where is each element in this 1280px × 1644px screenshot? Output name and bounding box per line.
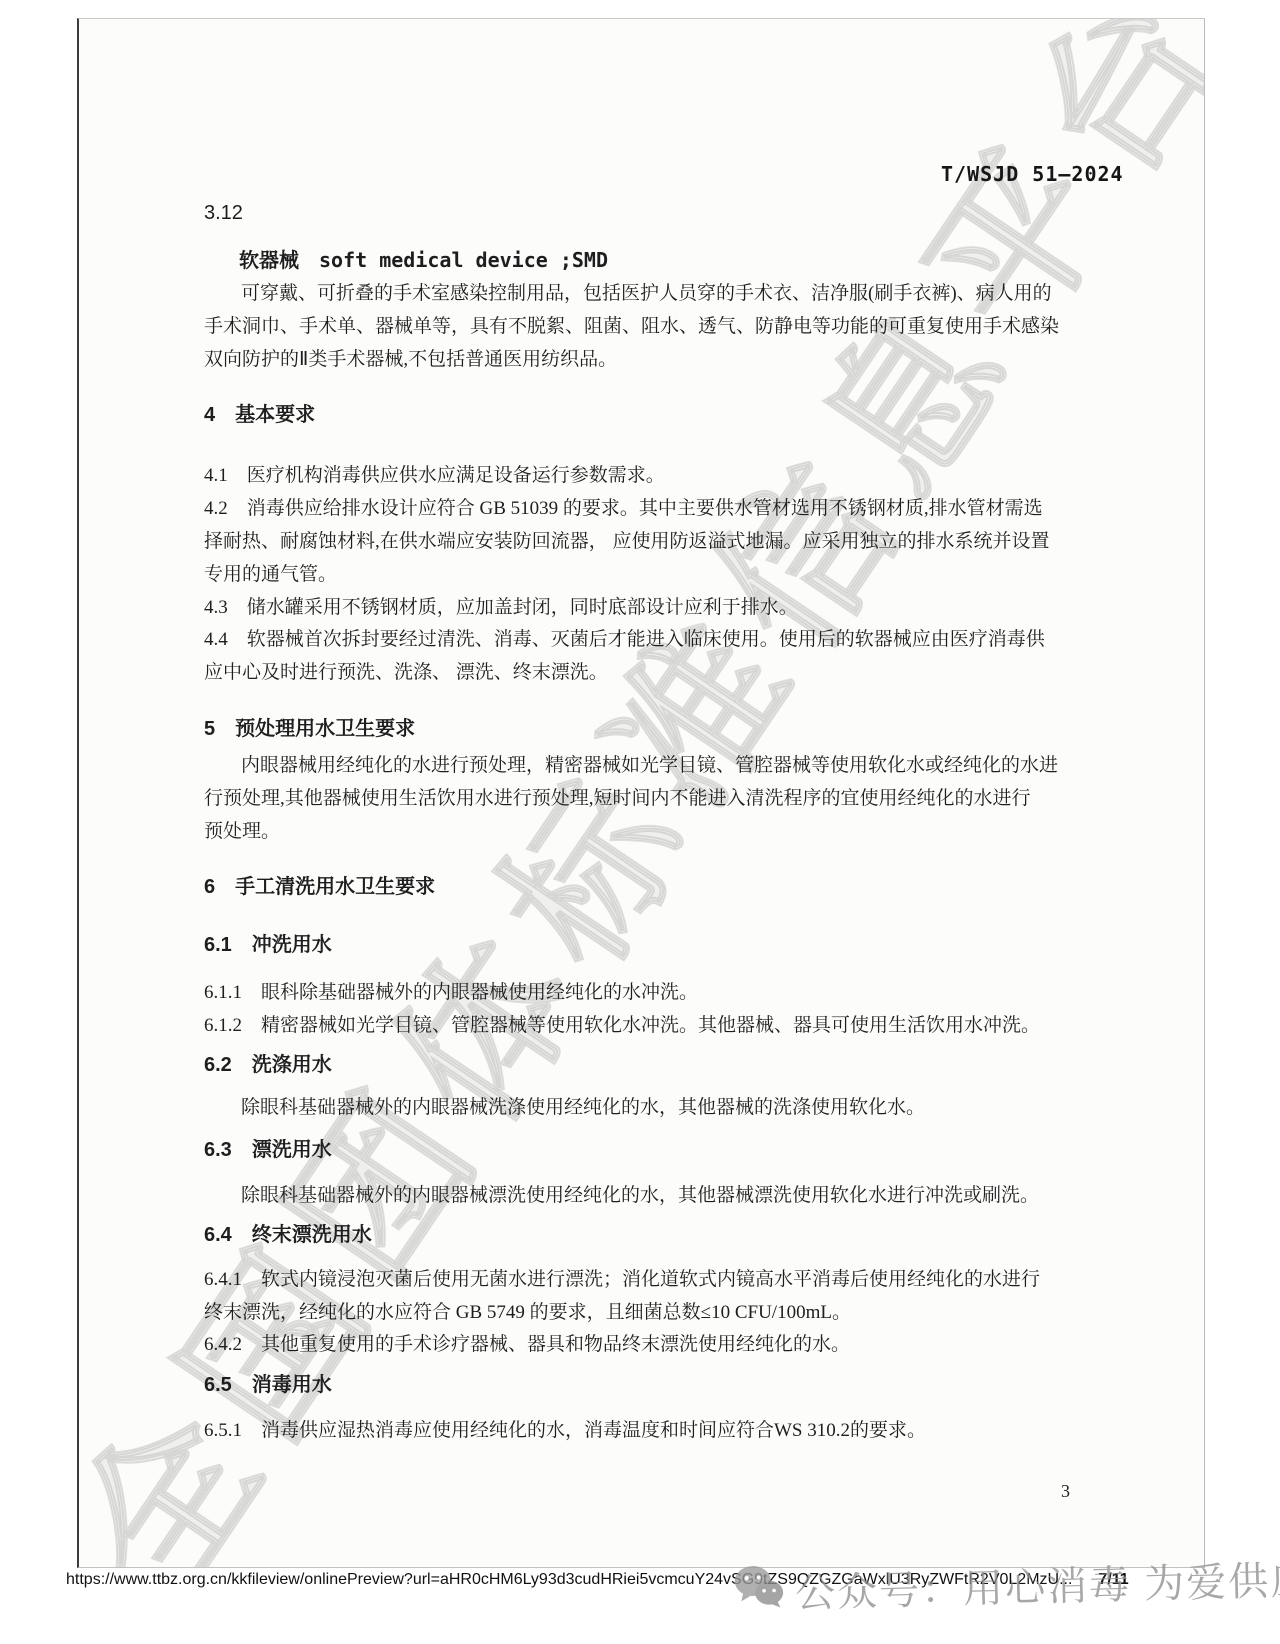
term-definition-paragraph: 可穿戴、可折叠的手术室感染控制用品，包括医护人员穿的手术衣、洁净服(刷手衣裤)、… [204, 277, 1059, 376]
section-6-heading: 6 手工清洗用水卫生要求 [204, 871, 435, 904]
clause-6-4-1: 6.4.1 软式内镜浸泡灭菌后使用无菌水进行漂洗；消化道软式内镜高水平消毒后使用… [204, 1263, 1040, 1329]
section-6-4-heading: 6.4 终末漂洗用水 [204, 1219, 372, 1252]
wechat-icon [732, 1563, 785, 1620]
clause-3-12-number: 3.12 [204, 197, 243, 230]
section-5-heading: 5 预处理用水卫生要求 [204, 713, 415, 746]
section-6-2-paragraph: 除眼科基础器械外的内眼器械洗涤使用经纯化的水，其他器械的洗涤使用软化水。 [204, 1091, 925, 1124]
clause-4-4: 4.4 软器械首次拆封要经过清洗、消毒、灭菌后才能进入临床使用。使用后的软器械应… [204, 623, 1045, 689]
section-6-1-heading: 6.1 冲洗用水 [204, 929, 332, 962]
section-4-heading: 4 基本要求 [204, 399, 315, 432]
clause-6-4-2: 6.4.2 其他重复使用的手术诊疗器械、器具和物品终末漂洗使用经纯化的水。 [204, 1328, 850, 1361]
page-number: 3 [1061, 1481, 1070, 1502]
clause-4-1: 4.1 医疗机构消毒供应供水应满足设备运行参数需求。 [204, 459, 665, 492]
section-6-3-paragraph: 除眼科基础器械外的内眼器械漂洗使用经纯化的水，其他器械漂洗使用软化水进行冲洗或刷… [204, 1179, 1039, 1212]
section-6-2-heading: 6.2 洗涤用水 [204, 1049, 332, 1082]
clause-6-1-1: 6.1.1 眼科除基础器械外的内眼器械使用经纯化的水冲洗。 [204, 976, 698, 1009]
clause-4-2: 4.2 消毒供应给排水设计应符合 GB 51039 的要求。其中主要供水管材选用… [204, 492, 1050, 591]
section-5-paragraph: 内眼器械用经纯化的水进行预处理，精密器械如光学目镜、管腔器械等使用软化水或经纯化… [204, 749, 1058, 848]
section-6-5-heading: 6.5 消毒用水 [204, 1369, 332, 1402]
section-6-3-heading: 6.3 漂洗用水 [204, 1134, 332, 1167]
clause-6-5-1: 6.5.1 消毒供应湿热消毒应使用经纯化的水，消毒温度和时间应符合WS 310.… [204, 1414, 926, 1447]
clause-4-3: 4.3 储水罐采用不锈钢材质，应加盖封闭，同时底部设计应利于排水。 [204, 591, 798, 624]
term-definition-title: 软器械 soft medical device ;SMD [239, 244, 608, 277]
clause-6-1-2: 6.1.2 精密器械如光学目镜、管腔器械等使用软化水冲洗。其他器械、器具可使用生… [204, 1009, 1040, 1042]
document-page: 全国团体标准信息平台 T/WSJD 51—2024 3.12 软器械 soft … [77, 18, 1205, 1568]
standard-code-header: T/WSJD 51—2024 [941, 162, 1124, 186]
